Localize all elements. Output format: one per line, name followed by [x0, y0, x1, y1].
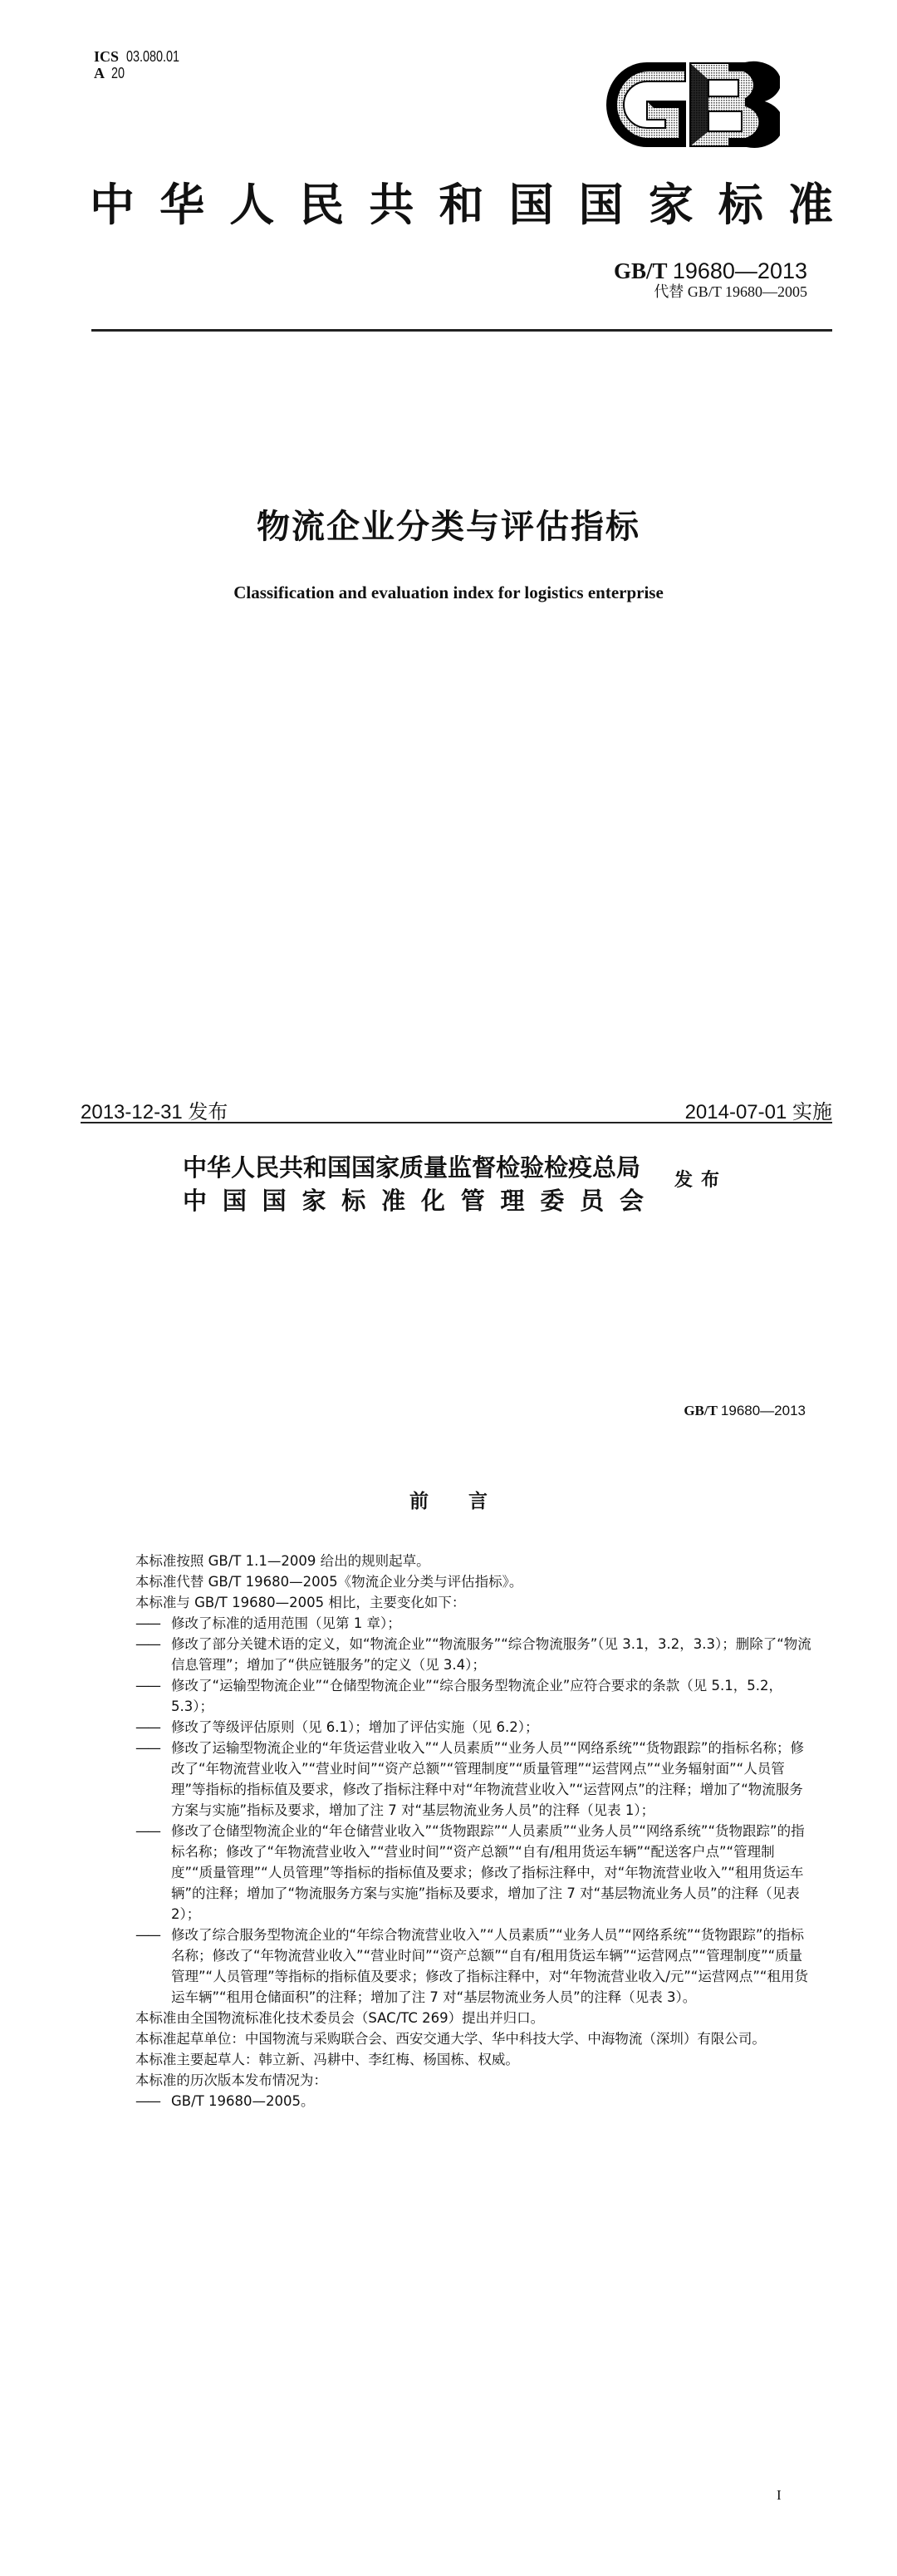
heading-char: 民 [299, 179, 344, 229]
issuer-char: 准 [381, 1184, 405, 1217]
gb-logo-icon [604, 60, 780, 150]
issuer-char: 理 [501, 1184, 525, 1217]
issuer-char: 家 [301, 1184, 326, 1217]
replaces-line: 代替 GB/T 19680—2005 [614, 283, 807, 301]
paragraph: 本标准与 GB/T 19680—2005 相比，主要变化如下： [100, 1592, 814, 1613]
standard-number: 19680—2013 [673, 258, 807, 283]
issuer-char: 员 [580, 1184, 604, 1217]
change-text: 修改了综合服务型物流企业的“年综合物流营业收入”“人员素质”“业务人员”“网络系… [171, 1927, 808, 2005]
dash-marker: —— [135, 1717, 171, 1738]
foreword-title-char: 前 [409, 1491, 429, 1512]
date-divider [81, 1122, 832, 1123]
ccs-label: A [94, 65, 104, 81]
heading-char: 准 [788, 179, 833, 229]
heading-char: 和 [439, 179, 483, 229]
dash-marker: —— [135, 1925, 171, 1945]
issuer-char: 国 [223, 1184, 247, 1217]
heading-char: 华 [159, 179, 204, 229]
dash-marker: —— [135, 1821, 171, 1841]
change-item: ——修改了标准的适用范围（见第 1 章）； [100, 1613, 814, 1634]
issue-date: 2013-12-31 发布 [81, 1095, 228, 1124]
issue-label: 发布 [674, 1166, 728, 1192]
change-text: 修改了标准的适用范围（见第 1 章）； [171, 1615, 401, 1631]
paragraph: 本标准按照 GB/T 1.1—2009 给出的规则起草。 [100, 1551, 814, 1571]
paragraph: 本标准由全国物流标准化技术委员会（SAC/TC 269）提出并归口。 [100, 2008, 814, 2028]
dash-marker: —— [135, 2091, 171, 2111]
history-item: ——GB/T 19680—2005。 [100, 2091, 814, 2111]
page-header-number: 19680—2013 [721, 1403, 806, 1418]
ccs-code: 20 [111, 65, 125, 81]
implementation-date: 2014-07-01 实施 [685, 1095, 832, 1124]
standard-prefix: GB/T [614, 258, 667, 283]
page-number: I [777, 2487, 782, 2504]
replaces-label: 代替 [654, 283, 684, 300]
heading-char: 家 [649, 179, 694, 229]
change-text: 修改了运输型物流企业的“年货运营业收入”“人员素质”“业务人员”“网络系统”“货… [171, 1740, 804, 1818]
change-item: ——修改了“运输型物流企业”“仓储型物流企业”“综合服务型物流企业”应符合要求的… [100, 1675, 814, 1717]
change-text: 修改了“运输型物流企业”“仓储型物流企业”“综合服务型物流企业”应符合要求的条款… [171, 1678, 782, 1714]
change-item: ——修改了部分关键术语的定义，如“物流企业”“物流服务”“综合物流服务”（见 3… [100, 1634, 814, 1675]
heading-char: 国 [579, 179, 624, 229]
issuing-organizations: 中华人民共和国国家质量监督检验检疫总局 中 国 国 家 标 准 化 管 理 委 … [183, 1151, 644, 1217]
change-text: 修改了等级评估原则（见 6.1）；增加了评估实施（见 6.2）； [171, 1719, 538, 1735]
issuer-line-2: 中 国 国 家 标 准 化 管 理 委 员 会 [183, 1184, 644, 1217]
dash-marker: —— [135, 1634, 171, 1654]
issuer-char: 管 [461, 1184, 485, 1217]
change-item: ——修改了仓储型物流企业的“年仓储营业收入”“货物跟踪”“人员素质”“业务人员”… [100, 1821, 814, 1925]
header-divider [91, 329, 832, 332]
heading-char: 人 [229, 179, 274, 229]
ccs-line: A 20 [94, 65, 193, 81]
paragraph: 本标准主要起草人：韩立新、冯耕中、李红梅、杨国栋、权威。 [100, 2049, 814, 2070]
standard-code: GB/T 19680—2013 [614, 259, 807, 283]
foreword-body: 本标准按照 GB/T 1.1—2009 给出的规则起草。 本标准代替 GB/T … [100, 1551, 814, 2111]
page-header-code: GB/T 19680—2013 [684, 1403, 806, 1419]
issuer-char: 委 [540, 1184, 564, 1217]
standard-code-block: GB/T 19680—2013 代替 GB/T 19680—2005 [614, 259, 807, 301]
document-title-en: Classification and evaluation index for … [0, 582, 897, 603]
heading-char: 中 [90, 179, 135, 229]
foreword-title-char: 言 [468, 1491, 488, 1512]
replaces-code: GB/T 19680—2005 [688, 283, 807, 300]
dash-marker: —— [135, 1738, 171, 1758]
change-text: 修改了部分关键术语的定义，如“物流企业”“物流服务”“综合物流服务”（见 3.1… [171, 1636, 811, 1673]
change-text: 修改了仓储型物流企业的“年仓储营业收入”“货物跟踪”“人员素质”“业务人员”“网… [171, 1823, 805, 1922]
issuer-char: 会 [620, 1184, 644, 1217]
foreword-title: 前言 [0, 1486, 897, 1513]
classification-codes: ICS 03.080.01 A 20 [94, 48, 193, 81]
heading-char: 国 [509, 179, 554, 229]
issuer-line-1: 中华人民共和国国家质量监督检验检疫总局 [183, 1151, 644, 1184]
issuer-char: 国 [262, 1184, 287, 1217]
paragraph: 本标准代替 GB/T 19680—2005《物流企业分类与评估指标》。 [100, 1571, 814, 1592]
page-header-prefix: GB/T [684, 1403, 717, 1418]
heading-char: 标 [718, 179, 763, 229]
issuer-char: 化 [421, 1184, 445, 1217]
document-title-cn: 物流企业分类与评估指标 [0, 507, 897, 547]
dash-marker: —— [135, 1675, 171, 1696]
change-item: ——修改了运输型物流企业的“年货运营业收入”“人员素质”“业务人员”“网络系统”… [100, 1738, 814, 1821]
national-standard-heading: 中 华 人 民 共 和 国 国 家 标 准 [90, 179, 833, 229]
paragraph: 本标准的历次版本发布情况为： [100, 2070, 814, 2091]
ics-label: ICS [94, 48, 119, 65]
heading-char: 共 [369, 179, 414, 229]
history-text: GB/T 19680—2005。 [171, 2093, 314, 2109]
change-item: ——修改了等级评估原则（见 6.1）；增加了评估实施（见 6.2）； [100, 1717, 814, 1738]
issuer-char: 中 [183, 1184, 207, 1217]
dash-marker: —— [135, 1613, 171, 1634]
change-item: ——修改了综合服务型物流企业的“年综合物流营业收入”“人员素质”“业务人员”“网… [100, 1925, 814, 2008]
paragraph: 本标准起草单位：中国物流与采购联合会、西安交通大学、华中科技大学、中海物流（深圳… [100, 2028, 814, 2049]
ics-code: 03.080.01 [126, 48, 179, 65]
ics-line: ICS 03.080.01 [94, 48, 193, 65]
issuer-char: 标 [341, 1184, 365, 1217]
